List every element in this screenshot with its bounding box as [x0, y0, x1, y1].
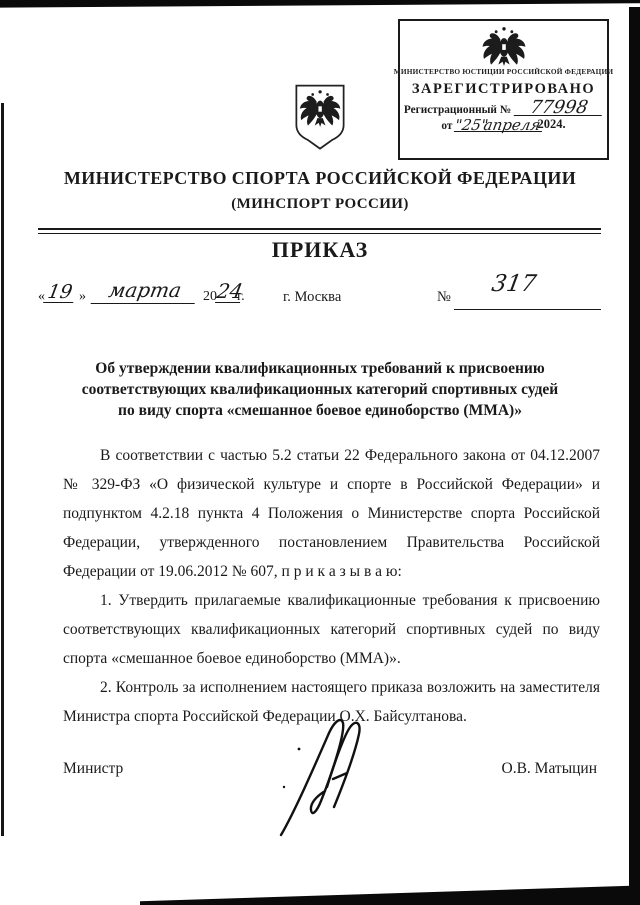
date-number-row: « 19 » марта 20 24 г. г. Москва № 317: [0, 281, 640, 317]
order-subject-line-2: соответствующих квалификационных категор…: [70, 379, 570, 400]
stamp-date-prefix: от: [441, 120, 452, 132]
ministry-subtitle: (МИНСПОРТ РОССИИ): [0, 196, 640, 213]
stamp-reg-number-value: 77998: [514, 101, 605, 116]
order-subject: Об утверждении квалификационных требован…: [70, 358, 570, 421]
coat-of-arms-icon: [292, 83, 348, 153]
scan-edge-top: [0, 0, 640, 8]
order-body: В соответствии с частью 5.2 статьи 22 Фе…: [63, 441, 600, 731]
order-subject-line-1: Об утверждении квалификационных требован…: [70, 358, 570, 379]
date-day-handwritten: 19: [43, 282, 77, 303]
scan-edge-right: [629, 7, 640, 905]
stamp-ministry-line: МИНИСТЕРСТВО ЮСТИЦИИ РОССИЙСКОЙ ФЕДЕРАЦИ…: [394, 67, 614, 76]
stamp-date-line: от "25" апреля 2024.: [441, 117, 565, 132]
minister-signature: [271, 713, 371, 843]
signer-name: О.В. Матыцин: [502, 760, 598, 778]
stamp-registered-label: ЗАРЕГИСТРИРОВАНО: [412, 81, 595, 98]
letterhead-divider: [38, 228, 601, 234]
stamp-date-day: "25": [454, 119, 482, 132]
order-preamble: В соответствии с частью 5.2 статьи 22 Фе…: [63, 441, 600, 586]
justice-ministry-registration-stamp: МИНИСТЕРСТВО ЮСТИЦИИ РОССИЙСКОЙ ФЕДЕРАЦИ…: [398, 19, 609, 160]
stamp-reg-number-label: Регистрационный №: [404, 104, 511, 116]
ministry-title: МИНИСТЕРСТВО СПОРТА РОССИЙСКОЙ ФЕДЕРАЦИИ: [0, 168, 640, 189]
signer-position: Министр: [63, 760, 123, 778]
scanned-order-page: МИНИСТЕРСТВО ЮСТИЦИИ РОССИЙСКОЙ ФЕДЕРАЦИ…: [0, 0, 640, 905]
order-item-1: 1. Утвердить прилагаемые квалификационны…: [63, 586, 600, 673]
order-subject-line-3: по виду спорта «смешанное боевое единобо…: [70, 400, 570, 421]
number-label: №: [437, 289, 451, 306]
document-type-heading: ПРИКАЗ: [0, 237, 640, 263]
stamp-date-month: апреля: [480, 119, 544, 132]
number-value-handwritten: 317: [490, 271, 538, 297]
stamp-eagle-icon: [481, 26, 527, 66]
date-year-suffix: г.: [237, 289, 245, 305]
date-month-handwritten: марта: [91, 277, 200, 304]
scan-edge-bottom: [140, 884, 635, 905]
city-label: г. Москва: [283, 289, 341, 306]
date-close-quote: »: [79, 289, 86, 305]
stamp-registration-number-line: Регистрационный № 77998: [404, 101, 603, 116]
number-underline: [454, 309, 601, 310]
